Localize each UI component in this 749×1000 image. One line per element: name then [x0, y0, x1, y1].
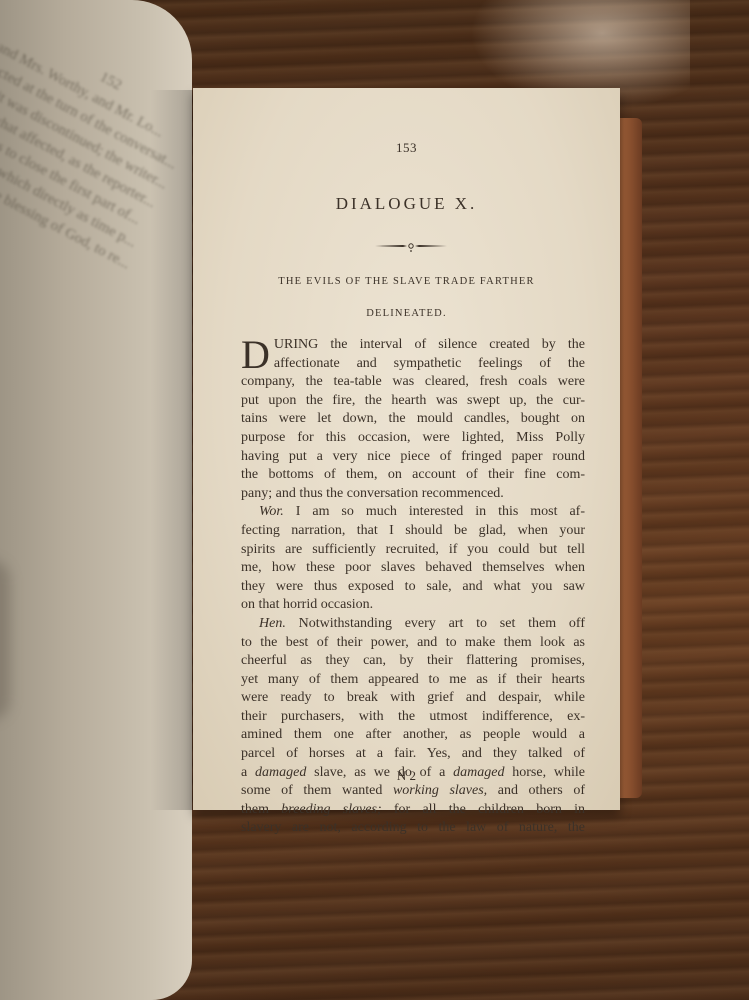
text-line: fecting narration, that I should be glad…: [241, 522, 585, 541]
ornament-rule-icon: [373, 240, 449, 252]
text-line: cheerful as they can, by their flatterin…: [241, 652, 585, 671]
dialogue-line-wor: Wor. I am so much interested in this mos…: [241, 503, 585, 522]
text-line: put upon the fire, the hearth was swept …: [241, 392, 585, 411]
dialogue-line-hen: Hen. Notwithstanding every art to set th…: [241, 615, 585, 634]
text-line: pany; and thus the conversation recommen…: [241, 485, 585, 504]
text-line: tains were let down, the mould candles, …: [241, 410, 585, 429]
text-line: on that horrid occasion.: [241, 596, 585, 615]
text-fragment: Notwithstanding every art to set them of…: [286, 616, 585, 631]
body-text: D URING the interval of silence created …: [241, 336, 585, 838]
text-line: the bottoms of them, on account of their…: [241, 466, 585, 485]
drop-cap: D: [241, 338, 270, 372]
text-line: slavery are not, according to the law of…: [241, 819, 585, 838]
text-line: parcel of horses at a fair. Yes, and the…: [241, 745, 585, 764]
text-fragment: for all the children born in: [382, 802, 585, 817]
chapter-subtitle: THE EVILS OF THE SLAVE TRADE FARTHER: [193, 276, 620, 287]
text-line: having put a very nice piece of fringed …: [241, 448, 585, 467]
chapter-subtitle-2: DELINEATED.: [193, 308, 620, 319]
italic-fragment: breeding slaves;: [281, 802, 381, 817]
text-fragment: some of them wanted: [241, 783, 393, 798]
text-line: me, how these poor slaves behaved themse…: [241, 559, 585, 578]
signature-mark: N 2: [193, 768, 620, 784]
finger-shadow: [0, 560, 10, 720]
text-fragment: and others of: [487, 783, 585, 798]
text-line: them breeding slaves; for all the childr…: [241, 801, 585, 820]
text-fragment: I am so much interested in this most af-: [284, 504, 585, 519]
text-line: they were thus exposed to sale, and what…: [241, 578, 585, 597]
text-line: were ready to break with grief and despa…: [241, 689, 585, 708]
text-line: amined them one after another, as people…: [241, 726, 585, 745]
text-line: to the best of their power, and to make …: [241, 634, 585, 653]
page-number: 153: [193, 140, 620, 156]
text-line: spirits are sufficiently recruited, if y…: [241, 541, 585, 560]
text-line: purpose for this occasion, were lighted,…: [241, 429, 585, 448]
italic-fragment: working slaves,: [393, 783, 487, 798]
text-line: company, the tea-table was cleared, fres…: [241, 373, 585, 392]
right-page: 153 DIALOGUE X. THE EVILS OF THE SLAVE T…: [193, 88, 620, 810]
text-line: some of them wanted working slaves, and …: [241, 782, 585, 801]
text-line: yet many of them appeared to me as if th…: [241, 671, 585, 690]
speaker-hen: Hen.: [259, 616, 286, 631]
text-fragment: them: [241, 802, 281, 817]
speaker-wor: Wor.: [259, 504, 284, 519]
text-line: URING the interval of silence created by…: [241, 336, 585, 355]
chapter-title: DIALOGUE X.: [193, 194, 620, 214]
text-line: affectionate and sympathetic feelings of…: [241, 355, 585, 374]
text-line: their purchasers, with the utmost indiff…: [241, 708, 585, 727]
